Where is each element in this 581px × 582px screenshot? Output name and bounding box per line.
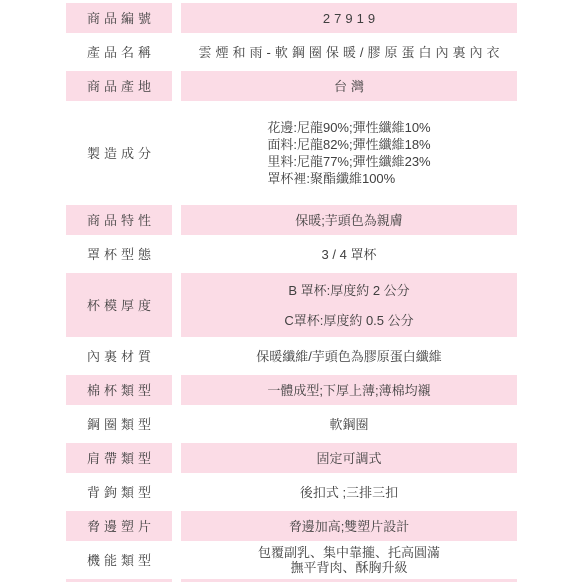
spec-value: 花邊:尼龍90%;彈性纖維10%面料:尼龍82%;彈性纖維18%里料:尼龍77%… (181, 105, 517, 201)
spec-value: B 罩杯:厚度約 2 公分C罩杯:厚度約 0.5 公分 (181, 273, 517, 337)
spec-label: 機能類型 (66, 545, 172, 575)
spec-label: 脅邊塑片 (66, 511, 172, 541)
spec-value-line: C罩杯:厚度約 0.5 公分 (284, 312, 413, 329)
spec-value: 一體成型;下厚上薄;薄棉均襯 (181, 375, 517, 405)
spec-label: 杯模厚度 (66, 273, 172, 337)
spec-value: 台灣 (181, 71, 517, 101)
spec-value-line: 罩杯裡:聚酯纖維100% (267, 170, 430, 187)
spec-value: 保暖;芋頭色為親膚 (181, 205, 517, 235)
spec-label: 商品產地 (66, 71, 172, 101)
spec-value-line: 包覆副乳、集中靠攏、托高圓滿 (258, 545, 440, 560)
spec-value: 27919 (181, 3, 517, 33)
spec-label: 製造成分 (66, 105, 172, 201)
spec-value: 包覆副乳、集中靠攏、托高圓滿撫平背肉、酥胸升級 (181, 545, 517, 575)
spec-label: 商品特性 (66, 205, 172, 235)
spec-value: 軟鋼圈 (181, 409, 517, 439)
spec-label: 棉杯類型 (66, 375, 172, 405)
spec-label: 產品名稱 (66, 37, 172, 67)
spec-value: 保暖纖維/芋頭色為膠原蛋白纖維 (181, 341, 517, 371)
spec-value: 雲煙和雨-軟鋼圈保暖/膠原蛋白內裏內衣 (181, 37, 517, 67)
spec-label: 內裏材質 (66, 341, 172, 371)
spec-value: 3 / 4 罩杯 (181, 239, 517, 269)
spec-table: 商品編號27919產品名稱雲煙和雨-軟鋼圈保暖/膠原蛋白內裏內衣商品產地台灣製造… (66, 3, 517, 581)
spec-value-line: B 罩杯:厚度約 2 公分 (284, 282, 413, 299)
spec-value: 脅邊加高;雙塑片設計 (181, 511, 517, 541)
spec-label: 商品編號 (66, 3, 172, 33)
spec-value-lines: 花邊:尼龍90%;彈性纖維10%面料:尼龍82%;彈性纖維18%里料:尼龍77%… (267, 119, 430, 187)
spec-value: 固定可調式 (181, 443, 517, 473)
spec-value-lines: 包覆副乳、集中靠攏、托高圓滿撫平背肉、酥胸升級 (258, 545, 440, 575)
spec-value-line: 撫平背肉、酥胸升級 (258, 560, 440, 575)
spec-label: 背鉤類型 (66, 477, 172, 507)
spec-label: 罩杯型態 (66, 239, 172, 269)
spec-label: 肩帶類型 (66, 443, 172, 473)
spec-value-lines: B 罩杯:厚度約 2 公分C罩杯:厚度約 0.5 公分 (284, 282, 413, 329)
spec-label: 鋼圈類型 (66, 409, 172, 439)
spec-value: 後扣式 ;三排三扣 (181, 477, 517, 507)
spec-value-line: 里料:尼龍77%;彈性纖維23% (267, 153, 430, 170)
spec-value-line: 面料:尼龍82%;彈性纖維18% (267, 136, 430, 153)
spec-value-line: 花邊:尼龍90%;彈性纖維10% (267, 119, 430, 136)
